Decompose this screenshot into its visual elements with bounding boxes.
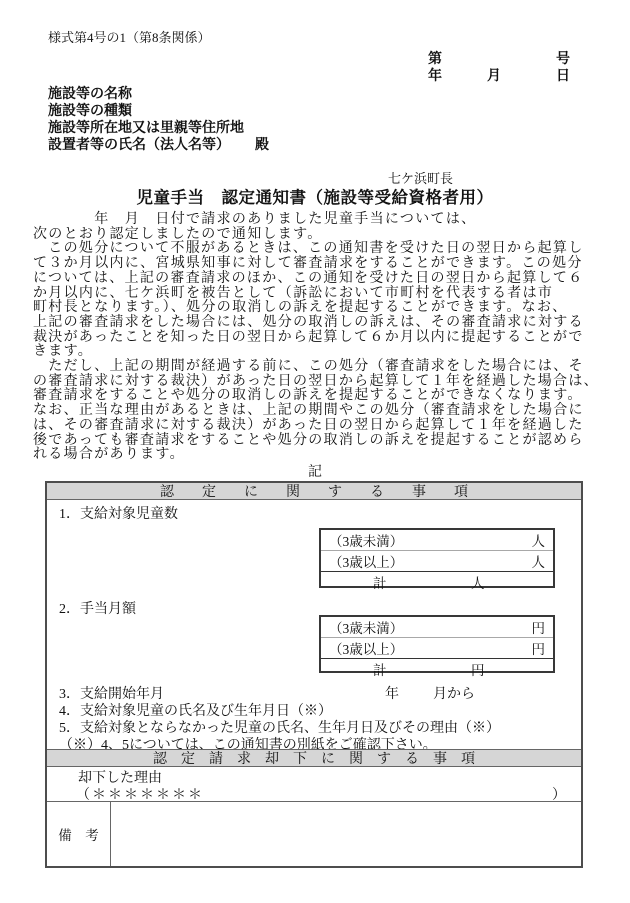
date-month-label: 月 xyxy=(487,65,501,85)
date-day-label: 日 xyxy=(556,65,570,85)
founder-name-label: 設置者等の氏名（法人名等） xyxy=(48,134,230,154)
rejection-separator xyxy=(47,801,581,802)
remarks-label: 備 考 xyxy=(58,824,99,844)
form-code: 様式第4号の1（第8条関係） xyxy=(48,27,211,46)
remarks-label-cell: 備 考 xyxy=(47,802,111,866)
amount-row-over3: （3歳以上） 円 xyxy=(321,638,553,659)
amount-row-under3: （3歳未満） 円 xyxy=(321,617,553,638)
payment-start-year-label: 年 xyxy=(385,683,399,703)
section1-header: 認 定 に 関 す る 事 項 xyxy=(47,483,581,500)
amount-under3-label: （3歳未満） xyxy=(321,617,403,637)
child-count-box: （3歳未満） 人 （3歳以上） 人 計 人 xyxy=(319,528,555,588)
count-row-over3: （3歳以上） 人 xyxy=(321,551,553,572)
ki-marker: 記 xyxy=(0,461,630,481)
honorific-label: 殿 xyxy=(255,134,269,154)
count-total-label: 計 xyxy=(321,572,387,592)
count-over3-unit: 人 xyxy=(532,551,554,571)
count-total-unit: 人 xyxy=(471,572,493,592)
amount-total-unit: 円 xyxy=(471,659,493,679)
count-over3-label: （3歳以上） xyxy=(321,551,403,571)
amount-under3-unit: 円 xyxy=(532,617,554,637)
section2-header: 認 定 請 求 却 下 に 関 す る 事 項 xyxy=(47,749,581,767)
amount-over3-label: （3歳以上） xyxy=(321,638,403,658)
document-title: 児童手当 認定通知書（施設等受給資格者用） xyxy=(0,184,630,208)
item-child-count: 1．支給対象児童数 xyxy=(59,503,178,523)
count-row-total: 計 人 xyxy=(321,572,553,592)
count-under3-unit: 人 xyxy=(532,530,554,550)
payment-start-month-label: 月から xyxy=(433,683,475,703)
amount-total-label: 計 xyxy=(321,659,387,679)
monthly-amount-box: （3歳未満） 円 （3歳以上） 円 計 円 xyxy=(319,615,555,673)
body-text: 年 月 日付で請求のありました児童手当については、 次のとおり認定しましたので通… xyxy=(33,213,608,463)
amount-row-total: 計 円 xyxy=(321,659,553,679)
amount-over3-unit: 円 xyxy=(532,638,554,658)
date-year-label: 年 xyxy=(428,65,442,85)
count-row-under3: （3歳未満） 人 xyxy=(321,530,553,551)
count-under3-label: （3歳未満） xyxy=(321,530,403,550)
notice-table: 認 定 に 関 す る 事 項 1．支給対象児童数 （3歳未満） 人 （3歳以上… xyxy=(45,481,583,868)
document-page: 様式第4号の1（第8条関係） 第 号 年 月 日 施設等の名称 施設等の種類 施… xyxy=(0,0,630,903)
item-monthly-amount: 2．手当月額 xyxy=(59,598,136,618)
